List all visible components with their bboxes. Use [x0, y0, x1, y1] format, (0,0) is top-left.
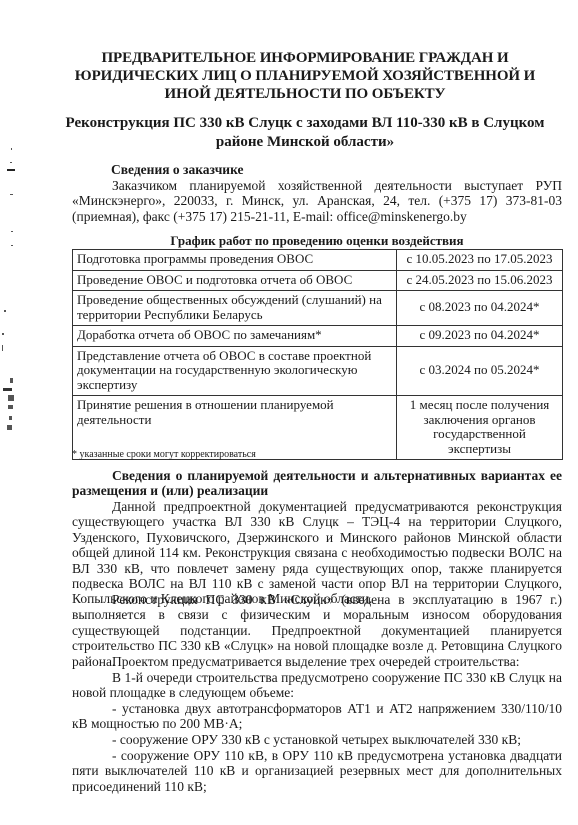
activity-list-item: - сооружение ОРУ 330 кВ с установкой чет…: [72, 732, 562, 747]
table-row: Проведение общественных обсуждений (слуш…: [73, 291, 563, 326]
customer-heading: Сведения о заказчике: [111, 162, 244, 177]
task-cell: Подготовка программы проведения ОВОС: [73, 250, 397, 271]
period-cell: с 24.05.2023 по 15.06.2023: [397, 270, 563, 291]
table-row: Подготовка программы проведения ОВОС с 1…: [73, 250, 563, 271]
document-subtitle: Реконструкция ПС 330 кВ Слуцк с заходами…: [60, 114, 550, 152]
period-cell: 1 месяц после получения заключения орган…: [397, 396, 563, 460]
period-cell: с 09.2023 по 04.2024*: [397, 326, 563, 347]
task-cell: Представление отчета об ОВОС в составе п…: [73, 346, 397, 396]
paragraph-text: Проектом предусматривается выделение тре…: [112, 654, 519, 669]
list-item-text: - установка двух автотрансформаторов АТ1…: [72, 701, 562, 731]
document-title: ПРЕДВАРИТЕЛЬНОЕ ИНФОРМИРОВАНИЕ ГРАЖДАН И…: [60, 49, 550, 103]
task-cell: Доработка отчета об ОВОС по замечаниям*: [73, 326, 397, 347]
activity-paragraph: В 1-й очереди строительства предусмотрен…: [72, 670, 562, 701]
paragraph-text: В 1-й очереди строительства предусмотрен…: [72, 670, 562, 700]
customer-text-body: Заказчиком планируемой хозяйственной дея…: [72, 178, 562, 224]
list-item-text: - сооружение ОРУ 110 кВ, в ОРУ 110 кВ пр…: [72, 748, 562, 794]
scan-margin-artifacts: [0, 0, 40, 825]
period-cell: с 10.05.2023 по 17.05.2023: [397, 250, 563, 271]
paragraph-text: Данной предпроектной документацией преду…: [72, 499, 562, 606]
activity-heading: Сведения о планируемой деятельности и ал…: [72, 468, 562, 499]
schedule-footnote: * указанные сроки могут корректироваться: [72, 449, 256, 461]
document-page: ПРЕДВАРИТЕЛЬНОЕ ИНФОРМИРОВАНИЕ ГРАЖДАН И…: [0, 0, 578, 825]
task-cell: Проведение общественных обсуждений (слуш…: [73, 291, 397, 326]
activity-paragraph: Данной предпроектной документацией преду…: [72, 499, 562, 607]
activity-list-item: - сооружение ОРУ 110 кВ, в ОРУ 110 кВ пр…: [72, 748, 562, 794]
list-item-text: - сооружение ОРУ 330 кВ с установкой чет…: [112, 732, 521, 747]
task-cell: Проведение ОВОС и подготовка отчета об О…: [73, 270, 397, 291]
table-row: Представление отчета об ОВОС в составе п…: [73, 346, 563, 396]
table-row: Проведение ОВОС и подготовка отчета об О…: [73, 270, 563, 291]
activity-paragraph: Проектом предусматривается выделение тре…: [72, 654, 562, 669]
customer-text: Заказчиком планируемой хозяйственной дея…: [72, 178, 562, 224]
period-cell: с 08.2023 по 04.2024*: [397, 291, 563, 326]
schedule-table: Подготовка программы проведения ОВОС с 1…: [72, 249, 563, 460]
activity-heading-text: Сведения о планируемой деятельности и ал…: [72, 468, 562, 498]
schedule-caption: График работ по проведению оценки воздей…: [72, 233, 562, 248]
period-cell: с 03.2024 по 05.2024*: [397, 346, 563, 396]
table-row: Доработка отчета об ОВОС по замечаниям* …: [73, 326, 563, 347]
activity-list-item: - установка двух автотрансформаторов АТ1…: [72, 701, 562, 732]
